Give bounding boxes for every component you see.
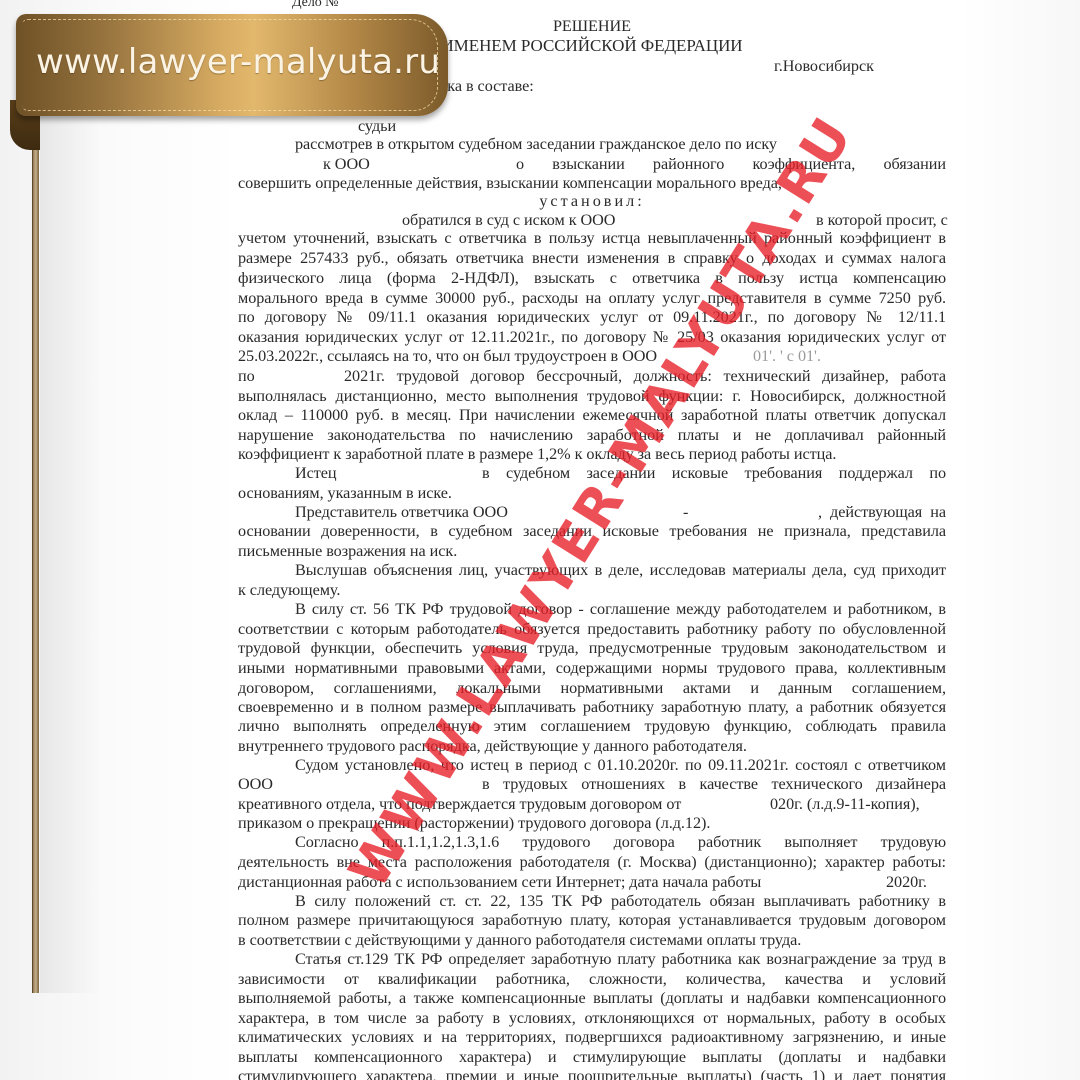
doc-line: выполняемой работы, а также компенсацион…	[238, 988, 946, 1009]
doc-line: выплаты компенсационного характера) и ст…	[238, 1047, 946, 1068]
doc-line: рассмотрев в открытом судебном заседании…	[295, 134, 777, 155]
doc-line: 01'. ' с 01'.	[753, 346, 821, 367]
site-url-link[interactable]: www.lawyer-malyuta.ru	[36, 42, 440, 82]
site-banner-ribbon[interactable]: www.lawyer-malyuta.ru	[16, 14, 448, 116]
doc-line: в судебном заседании исковые требования …	[482, 463, 946, 484]
doc-line: иными нормативными правовыми актами, сод…	[238, 658, 946, 679]
doc-line: стимулирующего характера, премии и иные …	[238, 1066, 946, 1080]
doc-line: деятельность вне места расположения рабо…	[238, 852, 946, 873]
doc-line: зависимости от квалификации работника, с…	[238, 969, 946, 990]
doc-line: 020г. (л.д.9-11-копия),	[770, 794, 920, 815]
doc-line: в трудовых отношениях в качестве техниче…	[482, 774, 946, 795]
doc-line: физического лица (форма 2-НДФЛ), взыскат…	[238, 268, 946, 289]
doc-line: своевременно и в полном размере выплачив…	[238, 697, 946, 718]
doc-line: Судом установлено, что истец в период с …	[238, 755, 946, 776]
doc-line: по договору № 09/11.1 оказания юридическ…	[238, 307, 946, 328]
doc-line: учетом уточнений, взыскать с ответчика в…	[238, 228, 946, 249]
doc-line: выполнялась дистанционно, место выполнен…	[238, 386, 946, 407]
doc-line: В силу ст. 56 ТК РФ трудовой договор - с…	[238, 599, 946, 620]
doc-line: морального вреда в сумме 30000 руб., рас…	[238, 288, 946, 309]
doc-line: 2021г. трудовой договор бессрочный, долж…	[344, 366, 946, 387]
doc-line: размере 257433 руб., обязать ответчика в…	[238, 248, 946, 269]
doc-line: Истец	[295, 463, 337, 484]
doc-line: соответствии с которым работодатель обяз…	[238, 619, 946, 640]
doc-line: лично выполнять определенную этим соглаш…	[238, 716, 946, 737]
doc-line: трудовой функции, обеспечить условия тру…	[238, 638, 946, 659]
doc-line: ООО	[238, 774, 273, 795]
doc-line: оклад – 110000 руб. в месяц. При начисле…	[238, 405, 946, 426]
doc-line: Статья ст.129 ТК РФ определяет заработну…	[238, 949, 946, 970]
doc-line: 25.03.2022г., ссылаясь на то, что он был…	[238, 346, 657, 367]
pole-shadow	[40, 113, 100, 993]
doc-line: полном размере причитающуюся заработную …	[238, 910, 946, 931]
doc-line: по	[238, 366, 255, 387]
case-number-label: Дело №	[292, 0, 338, 13]
doc-line: основании доверенности, в судебном засед…	[238, 521, 946, 542]
doc-line: договором, соглашениями, локальными норм…	[238, 678, 946, 699]
doc-line: оказания юридических услуг от 12.11.2021…	[238, 327, 946, 348]
city-label: г.Новосибирск	[774, 56, 874, 77]
doc-line: Согласно п.п.1.1,1.2,1.3,1.6 трудового д…	[238, 832, 946, 853]
doc-line: характера, в том числе за работу в услов…	[238, 1008, 946, 1029]
doc-line: В силу положений ст. ст. 22, 135 ТК РФ р…	[238, 891, 946, 912]
banner-pole	[32, 113, 39, 993]
doc-line: нарушение законодательства по начислению…	[238, 425, 946, 446]
doc-line: климатических условиях и на территориях,…	[238, 1027, 946, 1048]
doc-line: Выслушав объяснения лиц, участвующих в д…	[238, 560, 946, 581]
